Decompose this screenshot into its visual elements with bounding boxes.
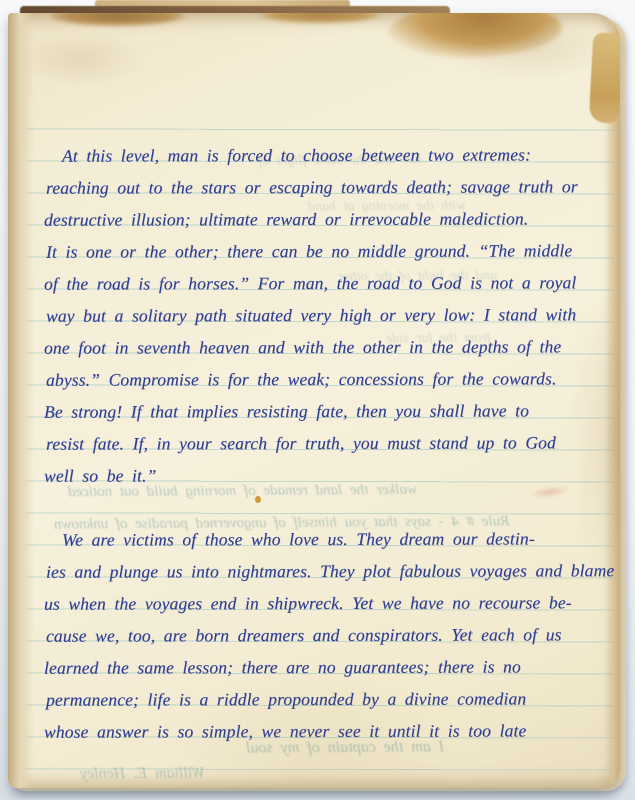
handwriting-line: us when the voyages end in shipwreck. Ye… <box>44 586 618 620</box>
handwriting-line: whose answer is so simple, we never see … <box>44 714 618 748</box>
paragraph-1: At this level, man is forced to choose b… <box>44 139 618 491</box>
handwriting-line: learned the same lesson; there are no gu… <box>44 650 618 684</box>
bleedthrough-line-henley-signature: William E. Henley <box>80 765 205 784</box>
handwriting-line: We are victims of those who love us. The… <box>44 522 618 556</box>
handwriting-line: It is one or the other; there can be no … <box>44 234 618 268</box>
handwriting-line: destructive illusion; ultimate reward or… <box>44 202 618 236</box>
age-stain <box>260 13 380 23</box>
worn-corner <box>589 32 620 124</box>
handwriting-line: ies and plunge us into nightmares. They … <box>44 554 618 588</box>
handwriting-line: Be strong! If that implies resisting fat… <box>44 394 618 428</box>
journal-page: her and the same flight of with the morn… <box>8 13 620 788</box>
handwriting-line: cause we, too, are born dreamers and con… <box>44 618 618 652</box>
scanned-notebook-scene: her and the same flight of with the morn… <box>0 0 635 800</box>
age-stain <box>50 13 185 26</box>
handwriting-line: reaching out to the stars or escaping to… <box>44 170 618 204</box>
handwriting-line: of the road is for horses.” For man, the… <box>44 266 618 300</box>
handwriting-line: permanence; life is a riddle propounded … <box>44 682 618 716</box>
age-stain <box>386 13 563 61</box>
handwriting-line: one foot in seventh heaven and with the … <box>44 330 618 364</box>
handwriting-line: abyss.” Compromise is for the weak; conc… <box>44 362 618 396</box>
handwriting-line: resist fate. If, in your search for trut… <box>44 426 618 460</box>
paper-speck <box>255 496 261 503</box>
paragraph-2: We are victims of those who love us. The… <box>44 523 618 747</box>
handwriting-line: way but a solitary path situated very hi… <box>44 298 618 332</box>
handwriting-line: At this level, man is forced to choose b… <box>44 138 618 172</box>
handwriting-line: well so be it.” <box>44 458 618 492</box>
